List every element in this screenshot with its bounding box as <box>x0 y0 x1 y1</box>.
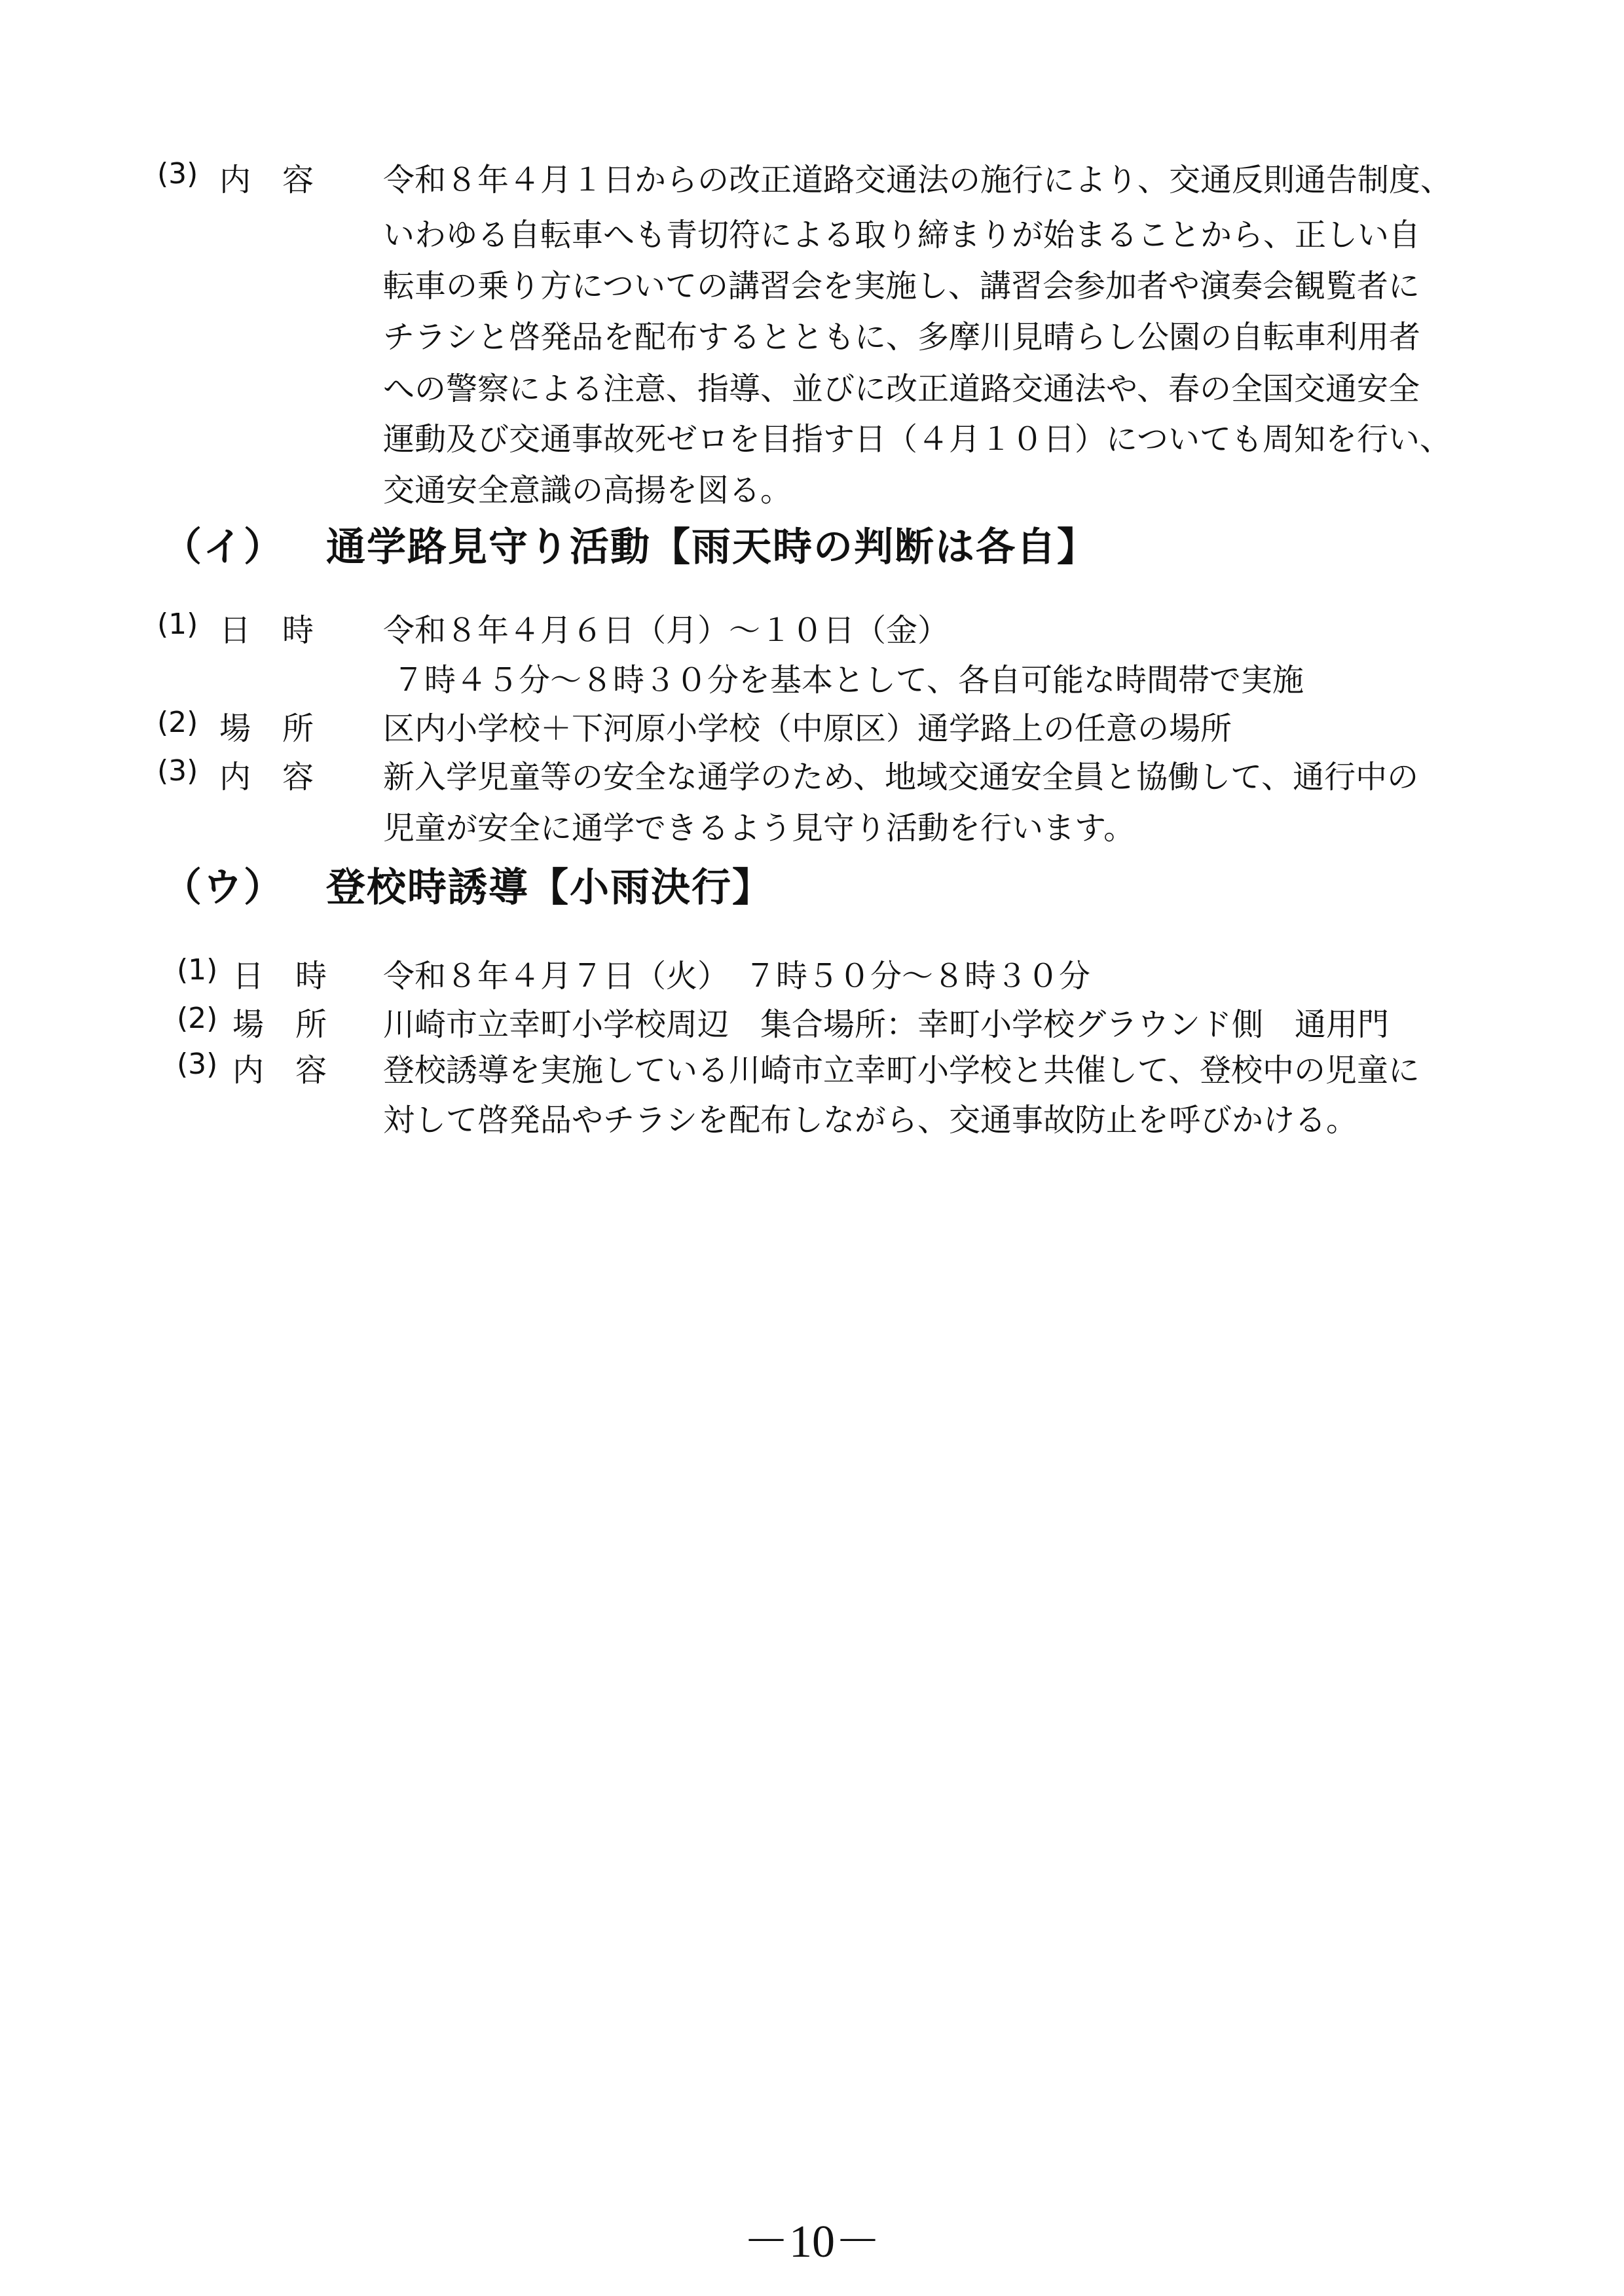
content-line: 交通安全意識の高揚を図る。 <box>383 465 792 510</box>
item-label: 場 所 <box>232 999 327 1044</box>
section-marker: （イ） <box>162 524 284 571</box>
content-line: 転車の乗り方についての講習会を実施し、講習会参加者や演奏会観覧者に <box>383 261 1420 306</box>
content-line: 令和８年４月１日からの改正道路交通法の施行により、交通反則通告制度、 <box>383 155 1452 200</box>
content-line: 区内小学校＋下河原小学校（中原区）通学路上の任意の場所 <box>383 703 1232 748</box>
item-label: 場 所 <box>219 703 314 748</box>
content-line: ７時４５分～８時３０分を基本として、各自可能な時間帯で実施 <box>393 655 1304 700</box>
item-label: 内 容 <box>219 752 314 797</box>
item-number: (3) <box>157 754 198 788</box>
content-line: 児童が安全に通学できるよう見守り活動を行います。 <box>383 803 1135 848</box>
content-line: 対して啓発品やチラシを配布しながら、交通事故防止を呼びかける。 <box>383 1095 1357 1140</box>
content-line: 登校誘導を実施している川崎市立幸町小学校と共催して、登校中の児童に <box>383 1045 1420 1090</box>
item-number: (3) <box>157 157 198 191</box>
item-label: 内 容 <box>219 155 314 200</box>
item-label: 日 時 <box>232 951 327 996</box>
section-title: 通学路見守り活動【雨天時の判断は各自】 <box>326 524 1098 571</box>
content-line: 令和８年４月７日（火） ７時５０分～８時３０分 <box>383 951 1090 996</box>
page-number: －10－ <box>0 2216 1624 2269</box>
item-label: 日 時 <box>219 605 314 650</box>
content-line: 令和８年４月６日（月）～１０日（金） <box>383 605 949 650</box>
section-marker: （ウ） <box>162 864 284 911</box>
content-line: への警察による注意、指導、並びに改正道路交通法や、春の全国交通安全 <box>383 363 1420 409</box>
item-number: (3) <box>177 1048 217 1081</box>
content-line: 川崎市立幸町小学校周辺 集合場所：幸町小学校グラウンド側 通用門 <box>383 999 1389 1044</box>
item-number: (2) <box>157 706 198 739</box>
item-number: (1) <box>177 953 217 987</box>
section-title: 登校時誘導【小雨決行】 <box>326 864 773 911</box>
document-page: (3) 内 容 令和８年４月１日からの改正道路交通法の施行により、交通反則通告制… <box>0 0 1624 2296</box>
content-line: チラシと啓発品を配布するとともに、多摩川見晴らし公園の自転車利用者 <box>383 312 1420 357</box>
item-number: (2) <box>177 1002 217 1035</box>
content-line: 運動及び交通事故死ゼロを目指す日（４月１０日）についても周知を行い、 <box>383 414 1451 459</box>
content-line: いわゆる自転車へも青切符による取り締まりが始まることから、正しい自 <box>383 210 1420 255</box>
item-number: (1) <box>157 608 198 641</box>
content-line: 新入学児童等の安全な通学のため、地域交通安全員と協働して、通行中の <box>383 752 1418 797</box>
item-label: 内 容 <box>232 1045 327 1090</box>
